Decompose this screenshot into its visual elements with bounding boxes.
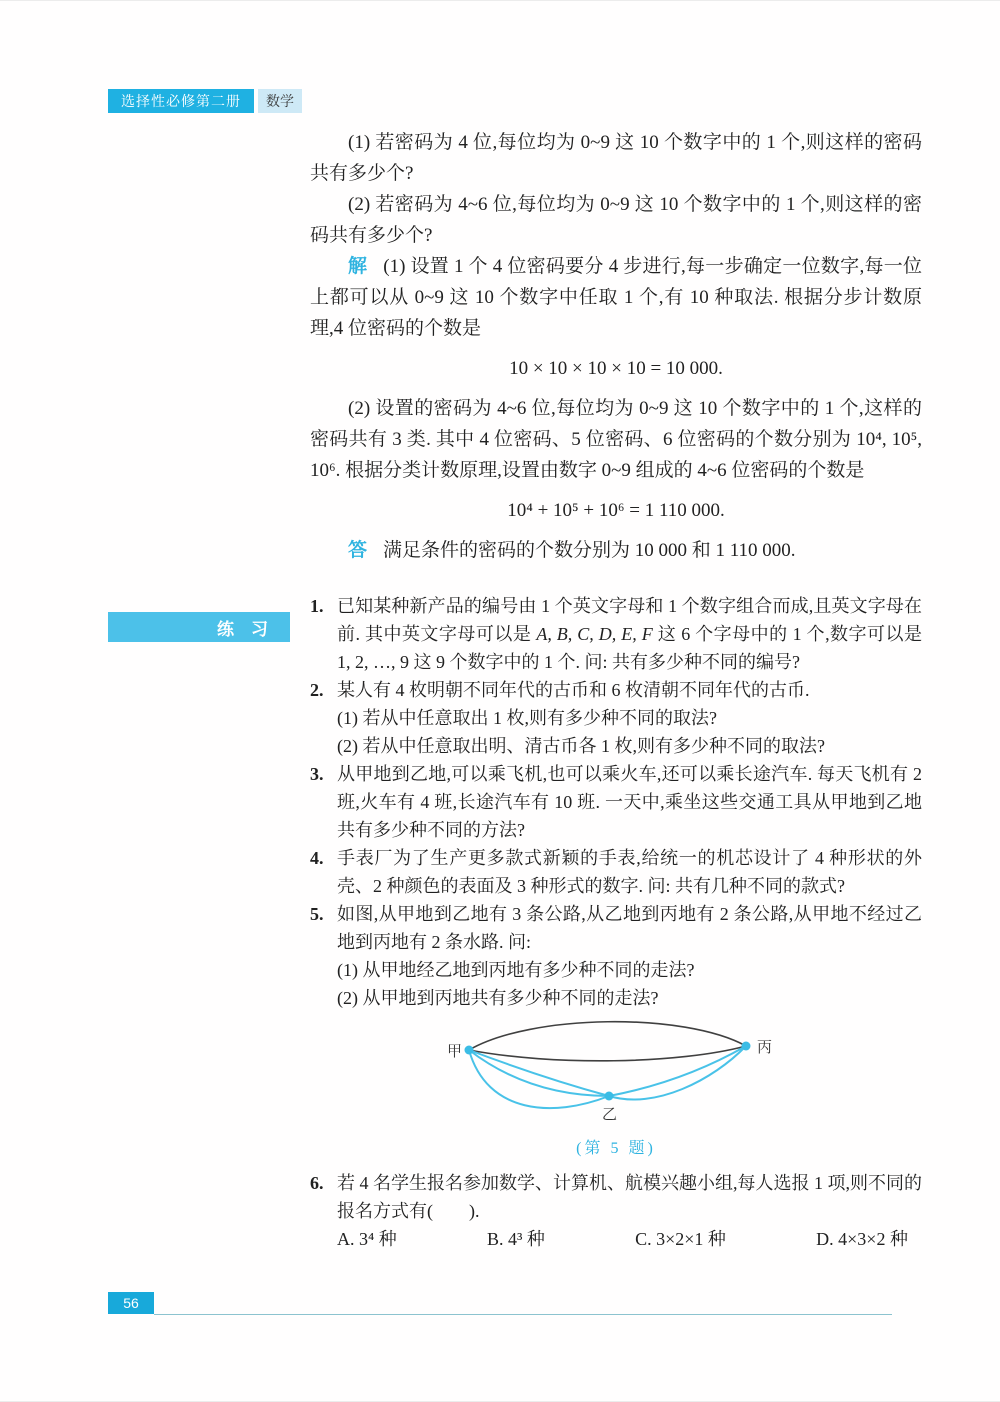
- formula-multiplication: 10 × 10 × 10 × 10 = 10 000.: [310, 353, 922, 384]
- exercise-1: 1. 已知某种新产品的编号由 1 个英文字母和 1 个数字组合而成,且英文字母在…: [310, 592, 922, 676]
- formula-addition: 10⁴ + 10⁵ + 10⁶ = 1 110 000.: [310, 495, 922, 526]
- content-column: (1) 若密码为 4 位,每位均为 0~9 这 10 个数字中的 1 个,则这样…: [310, 127, 922, 1253]
- route-diagram: 甲 丙 乙: [441, 1020, 791, 1125]
- choice-b: B. 4³ 种: [487, 1225, 545, 1253]
- page-header: 选择性必修第二册 数学: [108, 89, 302, 113]
- subject-badge: 数学: [258, 89, 302, 113]
- page-number-badge: 56: [108, 1292, 154, 1314]
- exercise-5: 5. 如图,从甲地到乙地有 3 条公路,从乙地到丙地有 2 条公路,从甲地不经过…: [310, 900, 922, 1012]
- exercise-2-sub2: (2) 若从中任意取出明、清古币各 1 枚,则有多少种不同的取法?: [337, 732, 922, 760]
- exercise-1-text: 已知某种新产品的编号由 1 个英文字母和 1 个数字组合而成,且英文字母在前. …: [337, 592, 922, 676]
- exercise-2-sub1: (1) 若从中任意取出 1 枚,则有多少种不同的取法?: [337, 704, 922, 732]
- node-bing-label: 丙: [757, 1039, 772, 1056]
- choice-a: A. 3⁴ 种: [337, 1225, 397, 1253]
- exercise-5-sub1: (1) 从甲地经乙地到丙地有多少种不同的走法?: [337, 956, 922, 984]
- solution-label: 解: [348, 256, 367, 277]
- node-jia-label: 甲: [447, 1043, 462, 1060]
- exercise-3-number: 3.: [310, 760, 324, 788]
- exercise-6-text: 若 4 名学生报名参加数学、计算机、航模兴趣小组,每人选报 1 项,则不同的报名…: [337, 1169, 922, 1225]
- practice-section-title: 练 习: [217, 615, 268, 640]
- exercise-4: 4. 手表厂为了生产更多款式新颖的手表,给统一的机芯设计了 4 种形状的外壳、2…: [310, 844, 922, 900]
- solution-text-1: (1) 设置 1 个 4 位密码要分 4 步进行,每一步确定一位数字,每一位上都…: [310, 256, 922, 339]
- answer-paragraph: 答满足条件的密码的个数分别为 10 000 和 1 110 000.: [310, 535, 922, 566]
- road-yi-bing-1: [609, 1046, 746, 1096]
- exercise-5-figure: 甲 丙 乙 (第 5 题): [426, 1020, 806, 1163]
- exercise-6-choices: A. 3⁴ 种 B. 4³ 种 C. 3×2×1 种 D. 4×3×2 种: [337, 1225, 922, 1253]
- practice-section-bar: 练 习: [108, 612, 290, 642]
- question-part-1: (1) 若密码为 4 位,每位均为 0~9 这 10 个数字中的 1 个,则这样…: [310, 127, 922, 189]
- node-bing-dot: [742, 1042, 751, 1051]
- solution-paragraph-2: (2) 设置的密码为 4~6 位,每位均为 0~9 这 10 个数字中的 1 个…: [310, 393, 922, 486]
- node-yi-dot: [605, 1092, 614, 1101]
- exercise-3-text: 从甲地到乙地,可以乘飞机,也可以乘火车,还可以乘长途汽车. 每天飞机有 2 班,…: [337, 760, 922, 844]
- exercise-5-sub2: (2) 从甲地到丙地共有多少种不同的走法?: [337, 984, 922, 1012]
- answer-label: 答: [348, 540, 367, 561]
- exercise-5-number: 5.: [310, 900, 324, 928]
- exercise-list: 1. 已知某种新产品的编号由 1 个英文字母和 1 个数字组合而成,且英文字母在…: [310, 592, 922, 1253]
- textbook-page: 选择性必修第二册 数学 (1) 若密码为 4 位,每位均为 0~9 这 10 个…: [0, 0, 1000, 1402]
- choice-c: C. 3×2×1 种: [635, 1225, 726, 1253]
- waterway-jia-bing-1: [469, 1022, 746, 1050]
- exercise-1-letter-options: A, B, C, D, E, F: [536, 624, 652, 644]
- exercise-6-number: 6.: [310, 1169, 324, 1197]
- footer-rule: [154, 1314, 892, 1315]
- series-title-badge: 选择性必修第二册: [108, 89, 254, 113]
- answer-text: 满足条件的密码的个数分别为 10 000 和 1 110 000.: [383, 540, 796, 561]
- exercise-1-number: 1.: [310, 592, 324, 620]
- exercise-5-text: 如图,从甲地到乙地有 3 条公路,从乙地到丙地有 2 条公路,从甲地不经过乙地到…: [337, 900, 922, 956]
- node-yi-label: 乙: [602, 1106, 617, 1123]
- waterway-jia-bing-2: [469, 1046, 746, 1061]
- choice-d: D. 4×3×2 种: [816, 1225, 908, 1253]
- exercise-6: 6. 若 4 名学生报名参加数学、计算机、航模兴趣小组,每人选报 1 项,则不同…: [310, 1169, 922, 1253]
- exercise-4-number: 4.: [310, 844, 324, 872]
- question-part-2: (2) 若密码为 4~6 位,每位均为 0~9 这 10 个数字中的 1 个,则…: [310, 189, 922, 251]
- exercise-2: 2. 某人有 4 枚明朝不同年代的古币和 6 枚清朝不同年代的古币. (1) 若…: [310, 676, 922, 760]
- exercise-2-number: 2.: [310, 676, 324, 704]
- road-jia-yi-1: [469, 1050, 609, 1096]
- solution-paragraph-1: 解(1) 设置 1 个 4 位密码要分 4 步进行,每一步确定一位数字,每一位上…: [310, 251, 922, 344]
- exercise-3: 3. 从甲地到乙地,可以乘飞机,也可以乘火车,还可以乘长途汽车. 每天飞机有 2…: [310, 760, 922, 844]
- exercise-2-text: 某人有 4 枚明朝不同年代的古币和 6 枚清朝不同年代的古币.: [337, 676, 922, 704]
- exercise-4-text: 手表厂为了生产更多款式新颖的手表,给统一的机芯设计了 4 种形状的外壳、2 种颜…: [337, 844, 922, 900]
- figure-caption: (第 5 题): [426, 1135, 806, 1163]
- node-jia-dot: [465, 1046, 474, 1055]
